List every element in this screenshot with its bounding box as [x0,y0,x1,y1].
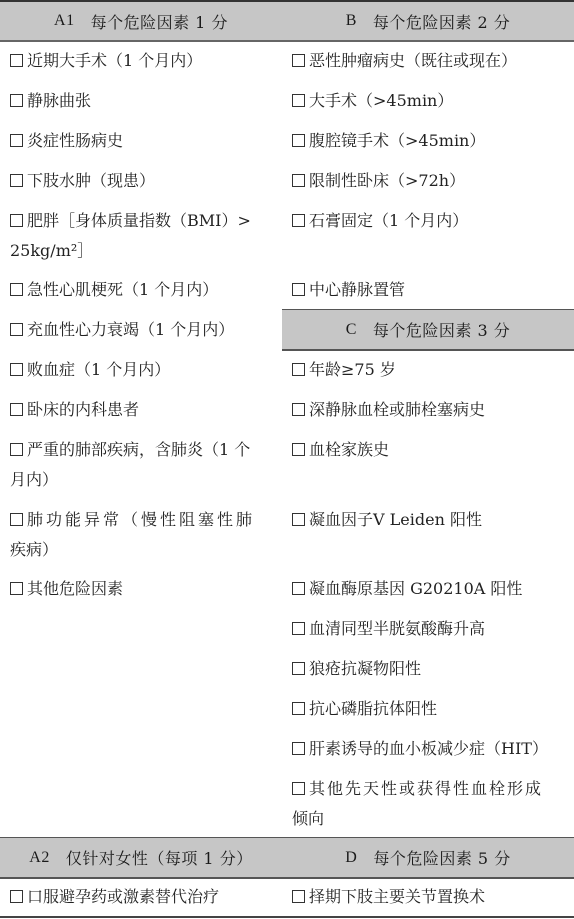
checkbox-icon[interactable] [292,174,305,187]
checklist-item[interactable]: 其他先天性或获得性血栓形成 [292,773,543,805]
item-label: 腹腔镜手术（>45min） [309,131,485,150]
checkbox-icon[interactable] [10,134,23,147]
item-label-continuation: 倾向 [292,803,324,835]
checkbox-icon[interactable] [10,582,23,595]
item-label: 凝血因子Ⅴ Leiden 阳性 [309,510,482,529]
item-label: 深静脉血栓或肺栓塞病史 [309,400,485,419]
checklist-item[interactable]: 严重的肺部疾病，含肺炎（1 个 [10,434,250,466]
checklist-item[interactable]: 深静脉血栓或肺栓塞病史 [292,394,485,426]
checklist-item[interactable]: 限制性卧床（>72h） [292,165,465,197]
bottom-rule [0,916,574,918]
header-c: C 每个危险因素 3 分 [282,310,574,349]
item-label: 肺功能异常（慢性阻塞性肺 [27,510,255,529]
header-b: B 每个危险因素 2 分 [282,2,574,40]
item-label: 其他先天性或获得性血栓形成 [309,779,543,798]
header-b-title: 每个危险因素 2 分 [373,10,510,33]
checkbox-icon[interactable] [292,890,305,903]
checklist-item[interactable]: 卧床的内科患者 [10,394,139,426]
checkbox-icon[interactable] [10,890,23,903]
header-a1-code: A1 [54,12,75,30]
checklist-item[interactable]: 血栓家族史 [292,434,389,466]
checklist-item[interactable]: 恶性肿瘤病史（既往或现在） [292,45,517,77]
checkbox-icon[interactable] [292,94,305,107]
item-label: 肥胖［身体质量指数（BMI）> [27,211,251,230]
checkbox-icon[interactable] [292,214,305,227]
item-label: 狼疮抗凝物阳性 [309,659,421,678]
header-d: D 每个危险因素 5 分 [282,838,574,877]
checklist-item[interactable]: 腹腔镜手术（>45min） [292,125,485,157]
checkbox-icon[interactable] [10,323,23,336]
checkbox-icon[interactable] [292,513,305,526]
header-d-title: 每个危险因素 5 分 [373,846,510,869]
checkbox-icon[interactable] [292,443,305,456]
item-label: 败血症（1 个月内） [27,360,170,379]
checkbox-icon[interactable] [10,214,23,227]
checklist-item[interactable]: 血清同型半胱氨酸酶升高 [292,613,485,645]
item-label: 抗心磷脂抗体阳性 [309,699,437,718]
checkbox-icon[interactable] [292,134,305,147]
item-label: 凝血酶原基因 G20210A 阳性 [309,579,522,598]
checkbox-icon[interactable] [292,582,305,595]
item-label: 大手术（>45min） [309,91,453,110]
header-c-title: 每个危险因素 3 分 [373,318,510,341]
checklist-item[interactable]: 炎症性肠病史 [10,125,123,157]
checklist-item[interactable]: 口服避孕药或激素替代治疗 [10,881,219,913]
item-label: 石膏固定（1 个月内） [309,211,468,230]
item-label: 血栓家族史 [309,440,389,459]
checkbox-icon[interactable] [10,94,23,107]
item-label: 限制性卧床（>72h） [309,171,465,190]
item-label-continuation: 25kg/m²］ [10,235,93,267]
checklist-item[interactable]: 中心静脉置管 [292,274,405,306]
checklist-item[interactable]: 下肢水肿（现患） [10,165,155,197]
checklist-item[interactable]: 急性心肌梗死（1 个月内） [10,274,218,306]
item-label-continuation: 月内） [10,464,58,496]
item-label: 恶性肿瘤病史（既往或现在） [309,51,517,70]
checklist-item[interactable]: 充血性心力衰竭（1 个月内） [10,314,234,346]
checklist-item[interactable]: 败血症（1 个月内） [10,354,170,386]
header-a2: A2 仅针对女性（每项 1 分） [0,838,282,877]
checkbox-icon[interactable] [10,403,23,416]
checklist-item[interactable]: 肺功能异常（慢性阻塞性肺 [10,504,255,536]
item-label: 充血性心力衰竭（1 个月内） [27,320,234,339]
item-label: 静脉曲张 [27,91,91,110]
checkbox-icon[interactable] [10,283,23,296]
header-a1: A1 每个危险因素 1 分 [0,2,282,40]
checkbox-icon[interactable] [292,662,305,675]
header-c-code: C [346,321,357,339]
header-c-bottom-rule [282,349,574,351]
checklist-item[interactable]: 狼疮抗凝物阳性 [292,653,421,685]
checkbox-icon[interactable] [10,174,23,187]
checkbox-icon[interactable] [10,443,23,456]
header-d-code: D [345,849,357,867]
header-rule [0,40,574,42]
checklist-item[interactable]: 择期下肢主要关节置换术 [292,881,485,913]
checklist-item[interactable]: 肥胖［身体质量指数（BMI）> [10,205,251,237]
item-label: 炎症性肠病史 [27,131,123,150]
checklist-item[interactable]: 大手术（>45min） [292,85,453,117]
checklist-item[interactable]: 近期大手术（1 个月内） [10,45,202,77]
item-label: 近期大手术（1 个月内） [27,51,202,70]
checkbox-icon[interactable] [292,54,305,67]
checklist-item[interactable]: 其他危险因素 [10,573,123,605]
checklist-item[interactable]: 抗心磷脂抗体阳性 [292,693,437,725]
checkbox-icon[interactable] [292,622,305,635]
checkbox-icon[interactable] [292,403,305,416]
item-label: 中心静脉置管 [309,280,405,299]
checkbox-icon[interactable] [292,742,305,755]
header-a2-code: A2 [29,849,50,867]
item-label: 下肢水肿（现患） [27,171,155,190]
header-b-code: B [346,12,357,30]
checklist-item[interactable]: 石膏固定（1 个月内） [292,205,468,237]
checkbox-icon[interactable] [292,702,305,715]
item-label: 卧床的内科患者 [27,400,139,419]
checklist-item[interactable]: 凝血酶原基因 G20210A 阳性 [292,573,522,605]
item-label: 肝素诱导的血小板减少症（HIT） [309,739,548,758]
checklist-item[interactable]: 肝素诱导的血小板减少症（HIT） [292,733,548,765]
item-label: 血清同型半胱氨酸酶升高 [309,619,485,638]
bottom-header-rule [0,877,574,879]
item-label: 年龄≥75 岁 [309,360,396,379]
checkbox-icon[interactable] [10,363,23,376]
item-label: 择期下肢主要关节置换术 [309,887,485,906]
header-a1-title: 每个危险因素 1 分 [91,10,228,33]
checkbox-icon[interactable] [10,54,23,67]
checklist-item[interactable]: 年龄≥75 岁 [292,354,396,386]
item-label: 口服避孕药或激素替代治疗 [27,887,219,906]
checkbox-icon[interactable] [10,513,23,526]
item-label-continuation: 疾病） [10,534,58,566]
checkbox-icon[interactable] [292,283,305,296]
item-label: 急性心肌梗死（1 个月内） [27,280,218,299]
item-label: 其他危险因素 [27,579,123,598]
checklist-item[interactable]: 凝血因子Ⅴ Leiden 阳性 [292,504,482,536]
item-label: 严重的肺部疾病，含肺炎（1 个 [27,440,250,459]
checkbox-icon[interactable] [292,782,305,795]
header-a2-title: 仅针对女性（每项 1 分） [66,846,253,869]
checklist-item[interactable]: 静脉曲张 [10,85,91,117]
checkbox-icon[interactable] [292,363,305,376]
